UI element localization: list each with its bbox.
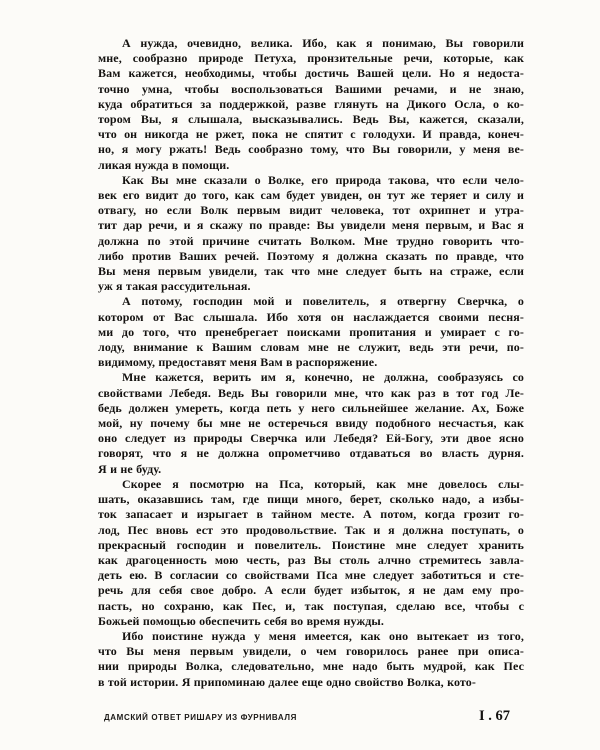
text-line: говорят, что я не должна опрометчиво отд… xyxy=(98,446,524,461)
text-line: Вы меня первым увидели, так что мне след… xyxy=(98,264,524,279)
text-line: куда обратиться за поддержкой, разве гля… xyxy=(98,97,524,112)
paragraph: А потому, господин мой и повелитель, я о… xyxy=(98,294,524,370)
paragraph: Мне кажется, верить им я, конечно, не до… xyxy=(98,370,524,476)
text-line: либо против Ваших речей. Поэтому я должн… xyxy=(98,249,524,264)
text-line: должна по этой причине считать Волком. М… xyxy=(98,234,524,249)
text-line: ток запасает и изрыгает в тайном месте. … xyxy=(98,507,524,522)
text-line: Я и не буду. xyxy=(98,462,524,477)
text-line: что он никогда не ржет, пока не спятит с… xyxy=(98,127,524,142)
paragraph: Скорее я посмотрю на Пса, который, как м… xyxy=(98,477,524,629)
text-line: пасть, но сохраню, как Пес, и, так посту… xyxy=(98,599,524,614)
running-title: ДАМСКИЙ ОТВЕТ РИШАРУ ИЗ ФУРНИВАЛЯ xyxy=(98,713,297,722)
text-line: Вам кажется, необходимы, чтобы достичь В… xyxy=(98,66,524,81)
text-line: Божьей помощью обеспечить себя во время … xyxy=(98,614,524,629)
text-line: деть ею. В согласии со свойствами Пса мн… xyxy=(98,568,524,583)
text-block: А нужда, очевидно, велика. Ибо, как я по… xyxy=(98,36,524,690)
text-line: век его видит до того, как сам будет уви… xyxy=(98,188,524,203)
text-line: А потому, господин мой и повелитель, я о… xyxy=(98,294,524,309)
text-line: что Вы меня первым увидели, о чем говори… xyxy=(98,644,524,659)
text-line: в той истории. Я припоминаю далее еще од… xyxy=(98,675,524,690)
text-line: как драгоценность мою честь, раз Вы стол… xyxy=(98,553,524,568)
text-line: прекрасный господин и повелитель. Поисти… xyxy=(98,538,524,553)
page-footer: ДАМСКИЙ ОТВЕТ РИШАРУ ИЗ ФУРНИВАЛЯ I . 67 xyxy=(98,708,524,725)
text-line: котором от Вас слышала. Ибо хотя он насл… xyxy=(98,310,524,325)
text-line: А нужда, очевидно, велика. Ибо, как я по… xyxy=(98,36,524,51)
book-page: А нужда, очевидно, велика. Ибо, как я по… xyxy=(0,0,600,750)
text-line: мне, сообразно природе Петуха, пронзител… xyxy=(98,51,524,66)
text-line: ми до того, что пренебрегает поисками пр… xyxy=(98,325,524,340)
text-line: тит дар речи, и я скажу по правде: Вы ув… xyxy=(98,218,524,233)
text-line: мой, ну почему бы мне не остеречься ввид… xyxy=(98,416,524,431)
text-line: ликая нужда в помощи. xyxy=(98,158,524,173)
text-line: тором Вы, я слышала, высказывались. Ведь… xyxy=(98,112,524,127)
text-line: Скорее я посмотрю на Пса, который, как м… xyxy=(98,477,524,492)
page-number: I . 67 xyxy=(479,708,524,725)
paragraph: А нужда, очевидно, велика. Ибо, как я по… xyxy=(98,36,524,173)
text-line: точно умна, чтобы воспользоваться Вашими… xyxy=(98,82,524,97)
paragraph: Ибо поистине нужда у меня имеется, как о… xyxy=(98,629,524,690)
text-line: свойствами Лебедя. Ведь Вы говорили мне,… xyxy=(98,386,524,401)
text-line: Ибо поистине нужда у меня имеется, как о… xyxy=(98,629,524,644)
text-line: нии природы Волка, следовательно, мне на… xyxy=(98,659,524,674)
text-line: Мне кажется, верить им я, конечно, не до… xyxy=(98,370,524,385)
text-line: уж я такая рассудительная. xyxy=(98,279,524,294)
text-line: но, я могу ржать! Ведь сообразно тому, ч… xyxy=(98,142,524,157)
text-line: оно следует из природы Сверчка или Лебед… xyxy=(98,431,524,446)
text-line: бедь должен умереть, когда петь у него с… xyxy=(98,401,524,416)
text-line: лоду, внимание к Вашим словам мне не слу… xyxy=(98,340,524,355)
text-line: лод, Пес вновь ест это продовольствие. Т… xyxy=(98,523,524,538)
text-line: видимому, предоставят меня Вам в распоря… xyxy=(98,355,524,370)
paragraph: Как Вы мне сказали о Волке, его природа … xyxy=(98,173,524,295)
text-line: Как Вы мне сказали о Волке, его природа … xyxy=(98,173,524,188)
text-line: шать, оказавшись там, где пищи много, бе… xyxy=(98,492,524,507)
text-line: отвагу, но если Волк первым видит челове… xyxy=(98,203,524,218)
text-line: речь для себя свое добро. А если будет и… xyxy=(98,583,524,598)
